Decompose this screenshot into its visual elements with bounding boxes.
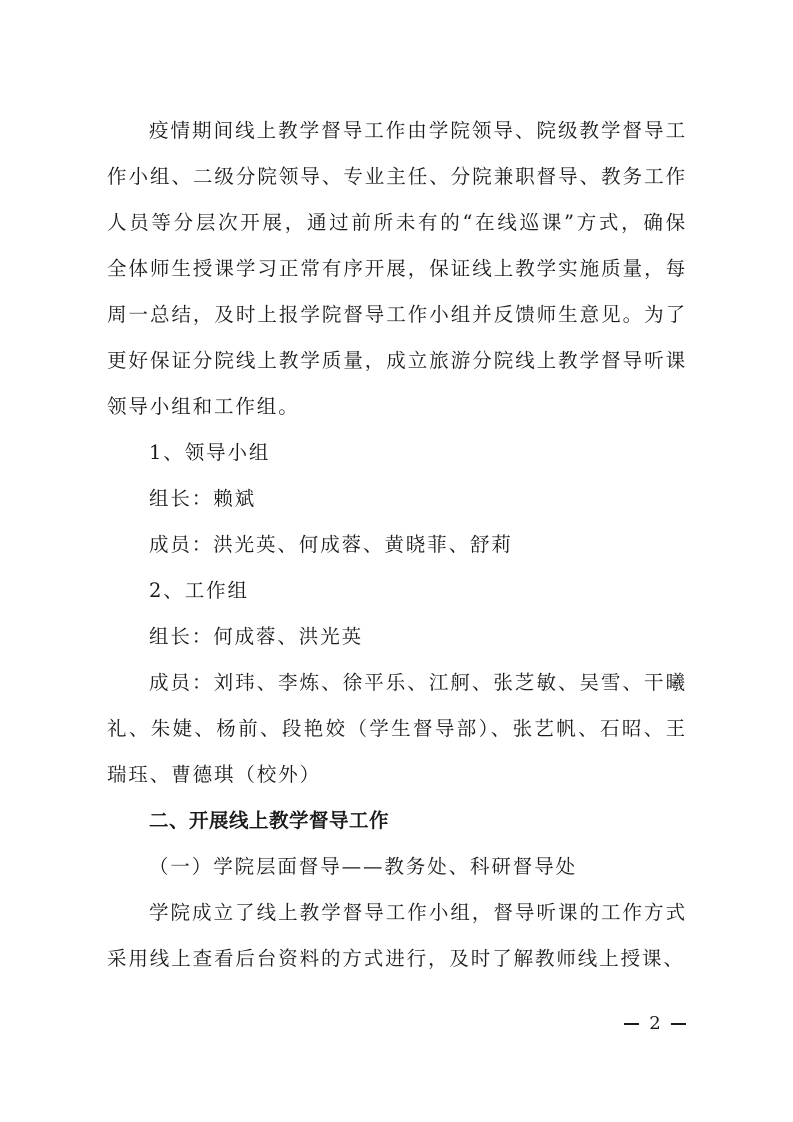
section-heading: 二、开展线上教学督导工作 bbox=[107, 798, 687, 844]
page-number: 2 bbox=[620, 1013, 690, 1034]
page-number-value: 2 bbox=[649, 1013, 660, 1034]
document-page: 疫情期间线上教学督导工作由学院领导、院级教学督导工作小组、二级分院领导、专业主任… bbox=[107, 108, 687, 982]
list-item-working-group: 2、工作组 bbox=[107, 568, 687, 614]
paragraph-college-supervision: 学院成立了线上教学督导工作小组，督导听课的工作方式采用线上查看后台资料的方式进行… bbox=[107, 890, 687, 982]
paragraph-intro: 疫情期间线上教学督导工作由学院领导、院级教学督导工作小组、二级分院领导、专业主任… bbox=[107, 108, 687, 430]
leadership-group-leader: 组长：赖斌 bbox=[107, 476, 687, 522]
working-group-members: 成员：刘玮、李炼、徐平乐、江舸、张芝敏、吴雪、干曦礼、朱婕、杨前、段艳姣（学生督… bbox=[107, 660, 687, 798]
working-group-leader: 组长：何成蓉、洪光英 bbox=[107, 614, 687, 660]
dash-right-icon bbox=[671, 1023, 686, 1025]
dash-left-icon bbox=[624, 1023, 639, 1025]
subsection-heading: （一）学院层面督导——教务处、科研督导处 bbox=[107, 844, 687, 890]
leadership-group-members: 成员：洪光英、何成蓉、黄晓菲、舒莉 bbox=[107, 522, 687, 568]
list-item-leadership-group: 1、领导小组 bbox=[107, 430, 687, 476]
